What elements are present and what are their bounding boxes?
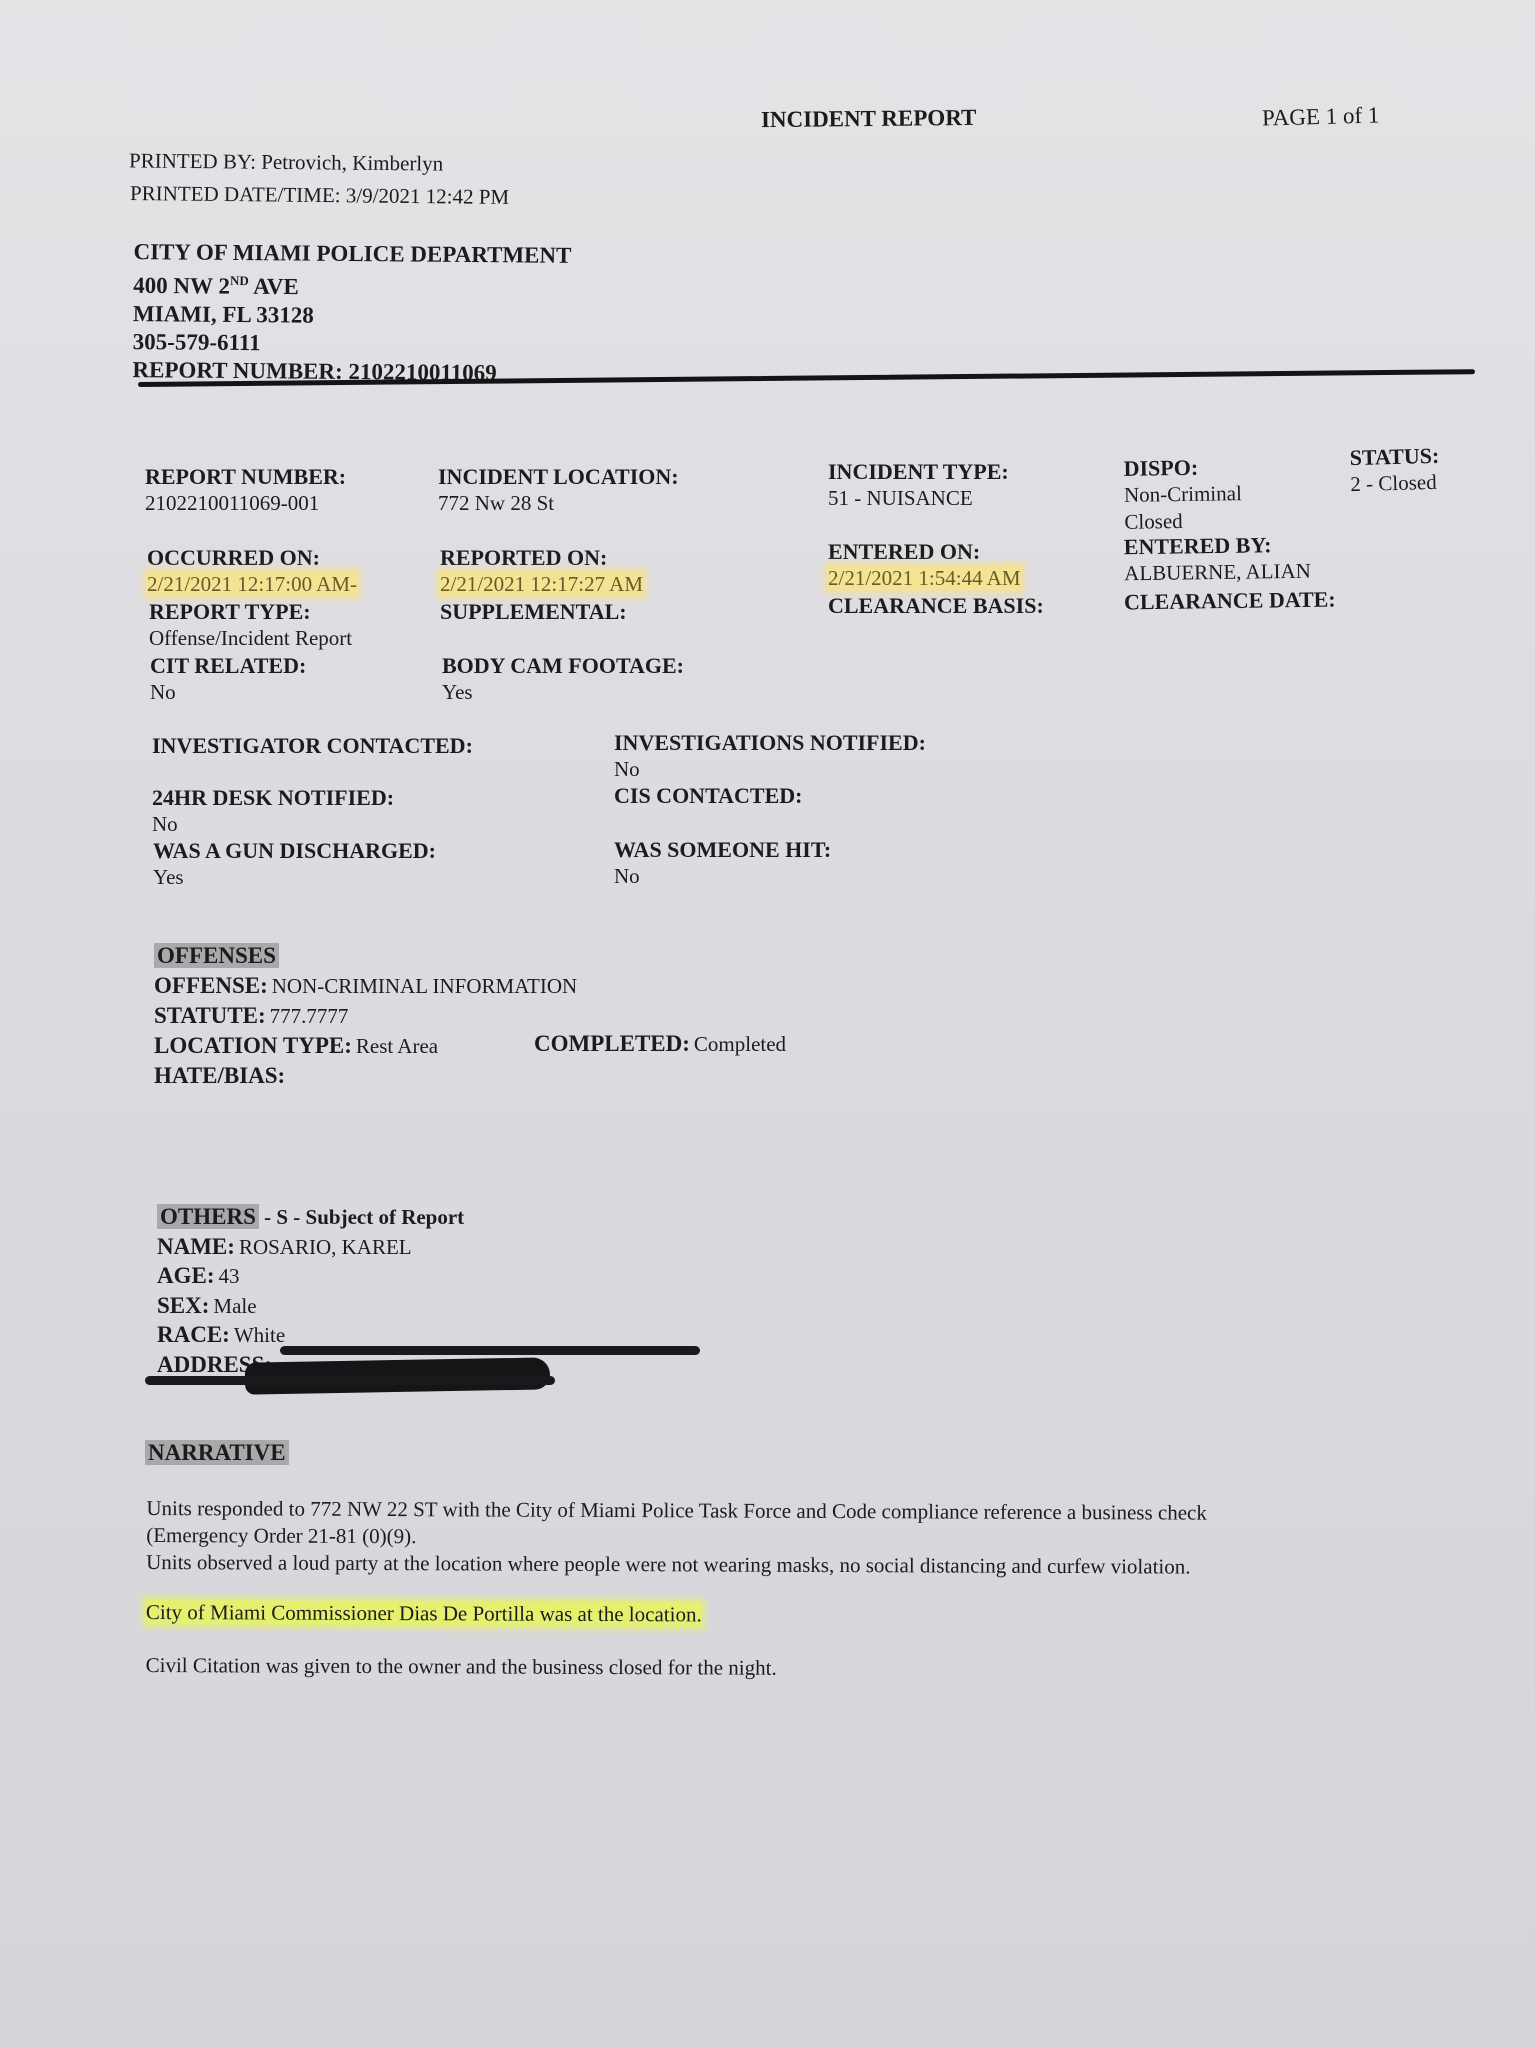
hate-bias-label: HATE/BIAS:: [154, 1063, 285, 1088]
sex-row: SEX: Male: [157, 1293, 464, 1323]
field-label: WAS SOMEONE HIT:: [614, 836, 831, 863]
field-label: REPORTED ON:: [440, 544, 643, 571]
field-label: CIT RELATED:: [150, 652, 306, 679]
field-cit-related: CIT RELATED: No: [150, 652, 306, 706]
field-clearance-date: CLEARANCE DATE:: [1124, 586, 1336, 616]
field-supplemental: SUPPLEMENTAL:: [440, 598, 627, 625]
statute-row: STATUTE: 777.7777: [154, 1002, 854, 1032]
offense-label: OFFENSE:: [154, 973, 268, 998]
field-label: WAS A GUN DISCHARGED:: [153, 837, 436, 864]
field-body-cam-footage: BODY CAM FOOTAGE: Yes: [442, 652, 684, 706]
field-label: CIS CONTACTED:: [614, 782, 802, 809]
narrative-line: Units observed a loud party at the locat…: [146, 1549, 1207, 1581]
field-label: REPORT NUMBER:: [145, 463, 346, 490]
location-type-label: LOCATION TYPE:: [154, 1033, 352, 1058]
field-label: OCCURRED ON:: [147, 544, 357, 571]
printed-datetime: PRINTED DATE/TIME: 3/9/2021 12:42 PM: [130, 181, 509, 210]
field-value: 2102210011069-001: [145, 490, 346, 517]
field-report-number: REPORT NUMBER: 2102210011069-001: [145, 463, 346, 517]
narrative-line: Civil Citation was given to the owner an…: [146, 1652, 1207, 1684]
field-reported-on: REPORTED ON: 2/21/2021 12:17:27 AM: [440, 544, 643, 598]
field-label: 24HR DESK NOTIFIED:: [152, 784, 394, 811]
page-indicator-text: PAGE 1 of 1: [1262, 102, 1380, 130]
field-incident-location: INCIDENT LOCATION: 772 Nw 28 St: [438, 463, 679, 517]
name-label: NAME:: [157, 1234, 235, 1259]
statute-label: STATUTE:: [154, 1003, 266, 1028]
field-label: CLEARANCE DATE:: [1124, 586, 1336, 616]
completed-field: COMPLETED: Completed: [534, 1030, 786, 1060]
field-label: STATUS:: [1349, 442, 1439, 471]
field-value: No: [150, 679, 306, 706]
field-value: 772 Nw 28 St: [438, 490, 679, 517]
redaction-mark: [280, 1346, 700, 1355]
field-label: INCIDENT LOCATION:: [438, 463, 679, 490]
field-value: 51 - NUISANCE: [828, 485, 1009, 512]
redaction-mark: [145, 1376, 555, 1385]
race-value: White: [234, 1323, 285, 1347]
field-label: DISPO:: [1123, 453, 1241, 482]
report-title: INCIDENT REPORT: [761, 105, 977, 133]
field-value: Offense/Incident Report: [149, 625, 352, 652]
address-sup: ND: [230, 273, 249, 288]
others-heading: OTHERS: [157, 1204, 259, 1229]
department-block: CITY OF MIAMI POLICE DEPARTMENT 400 NW 2…: [132, 238, 571, 387]
field-label: ENTERED BY:: [1124, 531, 1311, 561]
department-address-line2: MIAMI, FL 33128: [133, 300, 571, 332]
location-type-row: LOCATION TYPE: Rest Area COMPLETED: Comp…: [154, 1032, 854, 1062]
field-dispo: DISPO: Non-Criminal Closed: [1123, 453, 1242, 536]
field-label: ENTERED ON:: [828, 538, 1021, 565]
age-row: AGE: 43: [157, 1263, 464, 1293]
field-investigations-notified: INVESTIGATIONS NOTIFIED: No: [614, 729, 926, 783]
field-incident-type: INCIDENT TYPE: 51 - NUISANCE: [828, 458, 1009, 512]
field-label: INVESTIGATOR CONTACTED:: [152, 732, 473, 759]
field-label: INCIDENT TYPE:: [828, 458, 1009, 485]
highlighted-field-value: 2/21/2021 12:17:27 AM: [440, 572, 643, 596]
field-gun-discharged: WAS A GUN DISCHARGED: Yes: [153, 837, 436, 891]
others-heading-suffix: - S - Subject of Report: [259, 1205, 464, 1229]
age-value: 43: [219, 1264, 240, 1288]
address-suffix: AVE: [249, 274, 299, 299]
field-label: INVESTIGATIONS NOTIFIED:: [614, 729, 926, 756]
age-label: AGE:: [157, 1263, 215, 1288]
department-name: CITY OF MIAMI POLICE DEPARTMENT: [133, 238, 571, 270]
field-value-line1: Non-Criminal: [1124, 480, 1242, 509]
field-value: Yes: [153, 864, 436, 891]
field-someone-hit: WAS SOMEONE HIT: No: [614, 836, 831, 890]
field-label: SUPPLEMENTAL:: [440, 598, 627, 625]
highlighted-narrative-line: City of Miami Commissioner Dias De Porti…: [146, 1600, 702, 1626]
field-report-type: REPORT TYPE: Offense/Incident Report: [149, 598, 352, 652]
field-value: 2 - Closed: [1350, 469, 1440, 498]
department-phone: 305-579-6111: [133, 328, 571, 360]
field-clearance-basis: CLEARANCE BASIS:: [828, 592, 1044, 619]
field-entered-on: ENTERED ON: 2/21/2021 1:54:44 AM: [828, 538, 1021, 592]
field-value: Yes: [442, 679, 684, 706]
offenses-heading: OFFENSES: [154, 943, 279, 968]
field-investigator-contacted: INVESTIGATOR CONTACTED:: [152, 732, 473, 759]
narrative-heading-wrap: NARRATIVE: [145, 1440, 289, 1466]
field-value: No: [152, 811, 394, 838]
printed-by: PRINTED BY: Petrovich, Kimberlyn: [129, 148, 443, 176]
highlighted-field-value: 2/21/2021 12:17:00 AM-: [147, 572, 357, 596]
completed-label: COMPLETED:: [534, 1031, 690, 1056]
field-occurred-on: OCCURRED ON: 2/21/2021 12:17:00 AM-: [147, 544, 357, 598]
offense-value: NON-CRIMINAL INFORMATION: [272, 974, 577, 998]
offense-row: OFFENSE: NON-CRIMINAL INFORMATION: [154, 972, 854, 1002]
department-address-line1: 400 NW 2ND AVE: [133, 266, 571, 303]
field-status: STATUS: 2 - Closed: [1349, 442, 1440, 498]
field-label: BODY CAM FOOTAGE:: [442, 652, 684, 679]
name-row: NAME: ROSARIO, KAREL: [157, 1234, 464, 1264]
field-24hr-desk-notified: 24HR DESK NOTIFIED: No: [152, 784, 394, 838]
field-cis-contacted: CIS CONTACTED:: [614, 782, 802, 809]
sex-label: SEX:: [157, 1293, 209, 1318]
narrative-body: Units responded to 772 NW 22 ST with the…: [146, 1495, 1207, 1684]
race-label: RACE:: [157, 1322, 230, 1347]
sex-value: Male: [213, 1294, 256, 1318]
incident-report-page: INCIDENT REPORT PAGE 1 of 1 PRINTED BY: …: [0, 0, 1535, 2048]
field-value: No: [614, 863, 831, 890]
field-label: CLEARANCE BASIS:: [828, 592, 1044, 619]
field-value: No: [614, 756, 926, 783]
narrative-heading: NARRATIVE: [145, 1440, 289, 1465]
address-prefix: 400 NW 2: [133, 273, 230, 299]
offenses-section: OFFENSES OFFENSE: NON-CRIMINAL INFORMATI…: [154, 942, 854, 1092]
statute-value: 777.7777: [270, 1004, 349, 1028]
field-value: ALBUERNE, ALIAN: [1124, 558, 1311, 588]
printed-datetime-label: PRINTED DATE/TIME:: [130, 181, 341, 207]
field-label: REPORT TYPE:: [149, 598, 352, 625]
highlighted-field-value: 2/21/2021 1:54:44 AM: [828, 566, 1021, 590]
location-type-value: Rest Area: [356, 1034, 438, 1058]
printed-datetime-value: 3/9/2021 12:42 PM: [346, 183, 510, 209]
printed-by-label: PRINTED BY:: [129, 148, 256, 173]
printed-by-value: Petrovich, Kimberlyn: [261, 150, 443, 176]
field-entered-by: ENTERED BY: ALBUERNE, ALIAN: [1124, 531, 1311, 588]
page-indicator: PAGE 1 of 1: [1262, 102, 1380, 131]
completed-value: Completed: [694, 1032, 786, 1056]
name-value: ROSARIO, KAREL: [239, 1235, 412, 1259]
